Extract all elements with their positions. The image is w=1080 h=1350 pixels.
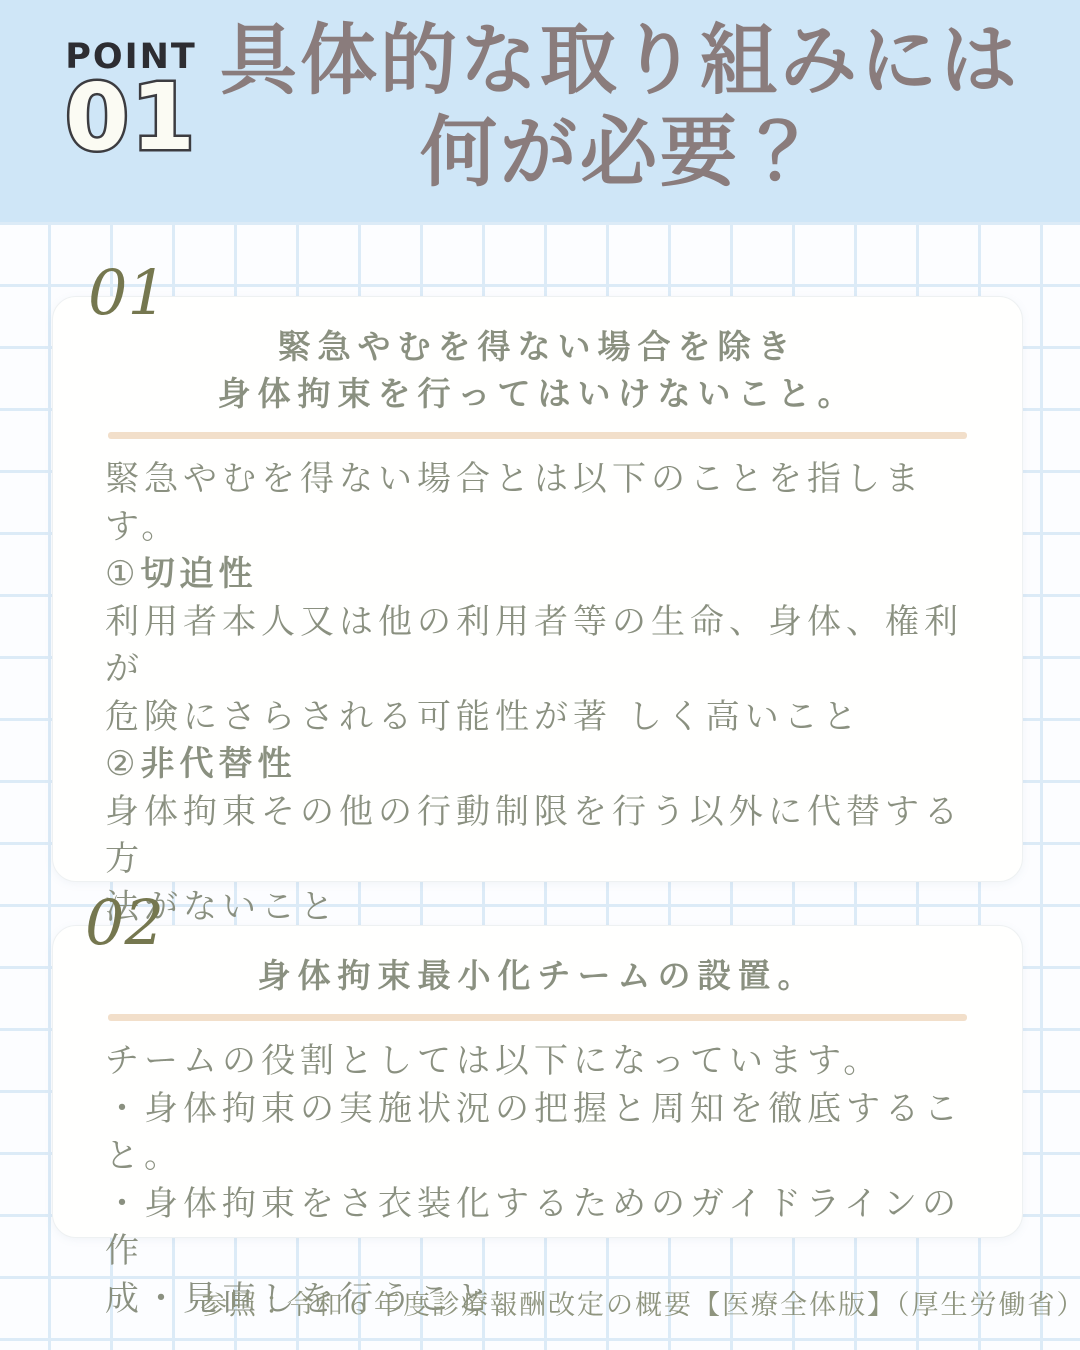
- section-01-item-2-desc-line-1: 身体拘束その他の行動制限を行う以外に代替する方: [105, 789, 972, 884]
- section-02-bullet-line-2: ・身体拘束をさ衣装化するためのガイドラインの作: [105, 1181, 972, 1276]
- page-title-line-2: 何が必要？: [175, 108, 1065, 200]
- section-01-intro: 緊急やむを得ない場合とは以下のことを指します。: [105, 456, 972, 551]
- section-01-number: 01: [88, 262, 167, 324]
- section-02-title-line-1: 身体拘束最小化チームの設置。: [53, 952, 1022, 999]
- section-02-bullet-line-1: ・身体拘束の実施状況の把握と周知を徹底すること。: [105, 1086, 972, 1181]
- section-02-number: 02: [85, 892, 164, 954]
- section-02-title: 身体拘束最小化チームの設置。: [53, 952, 1022, 999]
- page-title: 具体的な取り組みには 何が必要？: [175, 16, 1065, 200]
- section-02-title-underline: [108, 1014, 967, 1021]
- reference-note: 参照：令和６年度診療報酬改定の概要【医療全体版】（厚生労働省）35/380: [0, 1283, 1080, 1322]
- item-1-term: 切迫性: [140, 554, 257, 594]
- infographic-page: POINT 01 具体的な取り組みには 何が必要？ 01 02 緊急やむを得ない…: [0, 0, 1080, 1350]
- section-01-item-1-desc-line-2: 危険にさらされる可能性が著 しく高いこと: [105, 694, 972, 742]
- section-02-intro: チームの役割としては以下になっています。: [105, 1038, 972, 1086]
- section-02-card: 身体拘束最小化チームの設置。 チームの役割としては以下になっています。 ・身体拘…: [52, 925, 1023, 1238]
- item-2-term: 非代替性: [140, 744, 296, 784]
- header-band: POINT 01 具体的な取り組みには 何が必要？: [0, 0, 1080, 222]
- item-2-circled-number: ②: [105, 744, 140, 784]
- section-01-item-2-heading: ②非代替性: [105, 741, 972, 789]
- section-01-item-2-desc-line-2: 法がないこと: [105, 884, 972, 932]
- section-01-title-line-1: 緊急やむを得ない場合を除き: [53, 323, 1022, 370]
- section-01-item-1-desc-line-1: 利用者本人又は他の利用者等の生命、身体、権利が: [105, 599, 972, 694]
- section-02-body: チームの役割としては以下になっています。 ・身体拘束の実施状況の把握と周知を徹底…: [53, 1038, 1022, 1323]
- section-01-item-1-heading: ①切迫性: [105, 551, 972, 599]
- section-01-title-line-2: 身体拘束を行ってはいけないこと。: [53, 370, 1022, 417]
- section-01-title: 緊急やむを得ない場合を除き 身体拘束を行ってはいけないこと。: [53, 323, 1022, 417]
- page-title-line-1: 具体的な取り組みには: [175, 16, 1065, 108]
- section-01-title-underline: [108, 432, 967, 439]
- item-1-circled-number: ①: [105, 554, 140, 594]
- section-01-card: 緊急やむを得ない場合を除き 身体拘束を行ってはいけないこと。 緊急やむを得ない場…: [52, 296, 1023, 882]
